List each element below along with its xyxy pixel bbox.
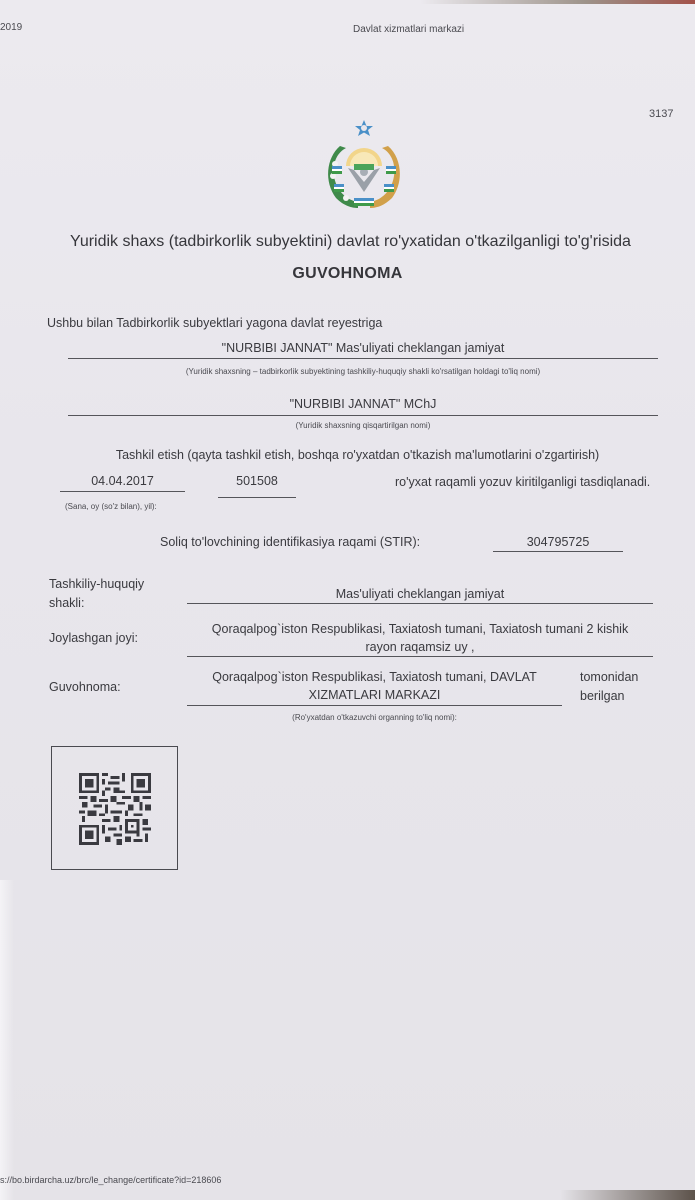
record-confirmation: ro'yxat raqamli yozuv kiritilganligi tas… [395, 475, 650, 489]
company-full-name: "NURBIBI JANNAT" Mas'uliyati cheklangan … [68, 341, 658, 355]
underline [218, 497, 296, 498]
tax-id-value: 304795725 [493, 535, 623, 549]
certificate-label: Guvohnoma: [49, 680, 121, 694]
header-date-fragment: 2019 [0, 22, 22, 33]
company-short-name: "NURBIBI JANNAT" MChJ [68, 397, 658, 411]
issuer-caption: (Ro'yxatdan o'tkazuvchi organning to'liq… [187, 713, 562, 722]
short-name-caption: (Yuridik shaxsning qisqartirilgan nomi) [68, 421, 658, 430]
issued-suffix-1: tomonidan [580, 670, 638, 684]
qr-code-frame [51, 746, 178, 870]
location-line-2: rayon raqamsiz uy , [187, 640, 653, 654]
underline [187, 603, 653, 604]
underline [68, 415, 658, 416]
underline [187, 656, 653, 657]
header-center-text: Davlat xizmatlari markazi [353, 24, 464, 35]
registry-intro: Ushbu bilan Tadbirkorlik subyektlari yag… [47, 316, 382, 330]
underline [68, 358, 658, 359]
issuer-line-2: XIZMATLARI MARKAZI [187, 688, 562, 702]
qr-code-icon [79, 773, 151, 845]
issuer-line-1: Qoraqalpog`iston Respublikasi, Taxiatosh… [187, 670, 562, 684]
legal-form-label-1: Tashkiliy-huquqiy [49, 577, 144, 591]
certificate-page: 2019 Davlat xizmatlari markazi 3137 Yuri… [0, 0, 695, 1200]
legal-form-value: Mas'uliyati cheklangan jamiyat [187, 587, 653, 601]
location-line-1: Qoraqalpog`iston Respublikasi, Taxiatosh… [187, 622, 653, 636]
photo-edge-top [420, 0, 695, 4]
issued-suffix-2: berilgan [580, 689, 624, 703]
underline [60, 491, 185, 492]
underline [493, 551, 623, 552]
tax-id-label: Soliq to'lovchining identifikasiya raqam… [160, 535, 420, 549]
location-label: Joylashgan joyi: [49, 631, 138, 645]
document-number: 3137 [649, 108, 673, 120]
certificate-heading: GUVOHNOMA [0, 265, 695, 283]
record-number: 501508 [218, 474, 296, 488]
footer-url: s://bo.birdarcha.uz/brc/le_change/certif… [0, 1175, 221, 1185]
full-name-caption: (Yuridik shaxsning – tadbirkorlik subyek… [68, 367, 658, 376]
underline [187, 705, 562, 706]
uzbekistan-coat-of-arms-icon [318, 118, 410, 214]
legal-form-label-2: shakli: [49, 596, 84, 610]
paper-shade [0, 880, 14, 1200]
certificate-subtitle: Yuridik shaxs (tadbirkorlik subyektini) … [0, 233, 695, 251]
establishment-label: Tashkil etish (qayta tashkil etish, bosh… [0, 448, 695, 462]
date-caption: (Sana, oy (so'z bilan), yil): [65, 502, 157, 511]
registration-date: 04.04.2017 [60, 474, 185, 488]
photo-edge-bottom [560, 1190, 695, 1200]
